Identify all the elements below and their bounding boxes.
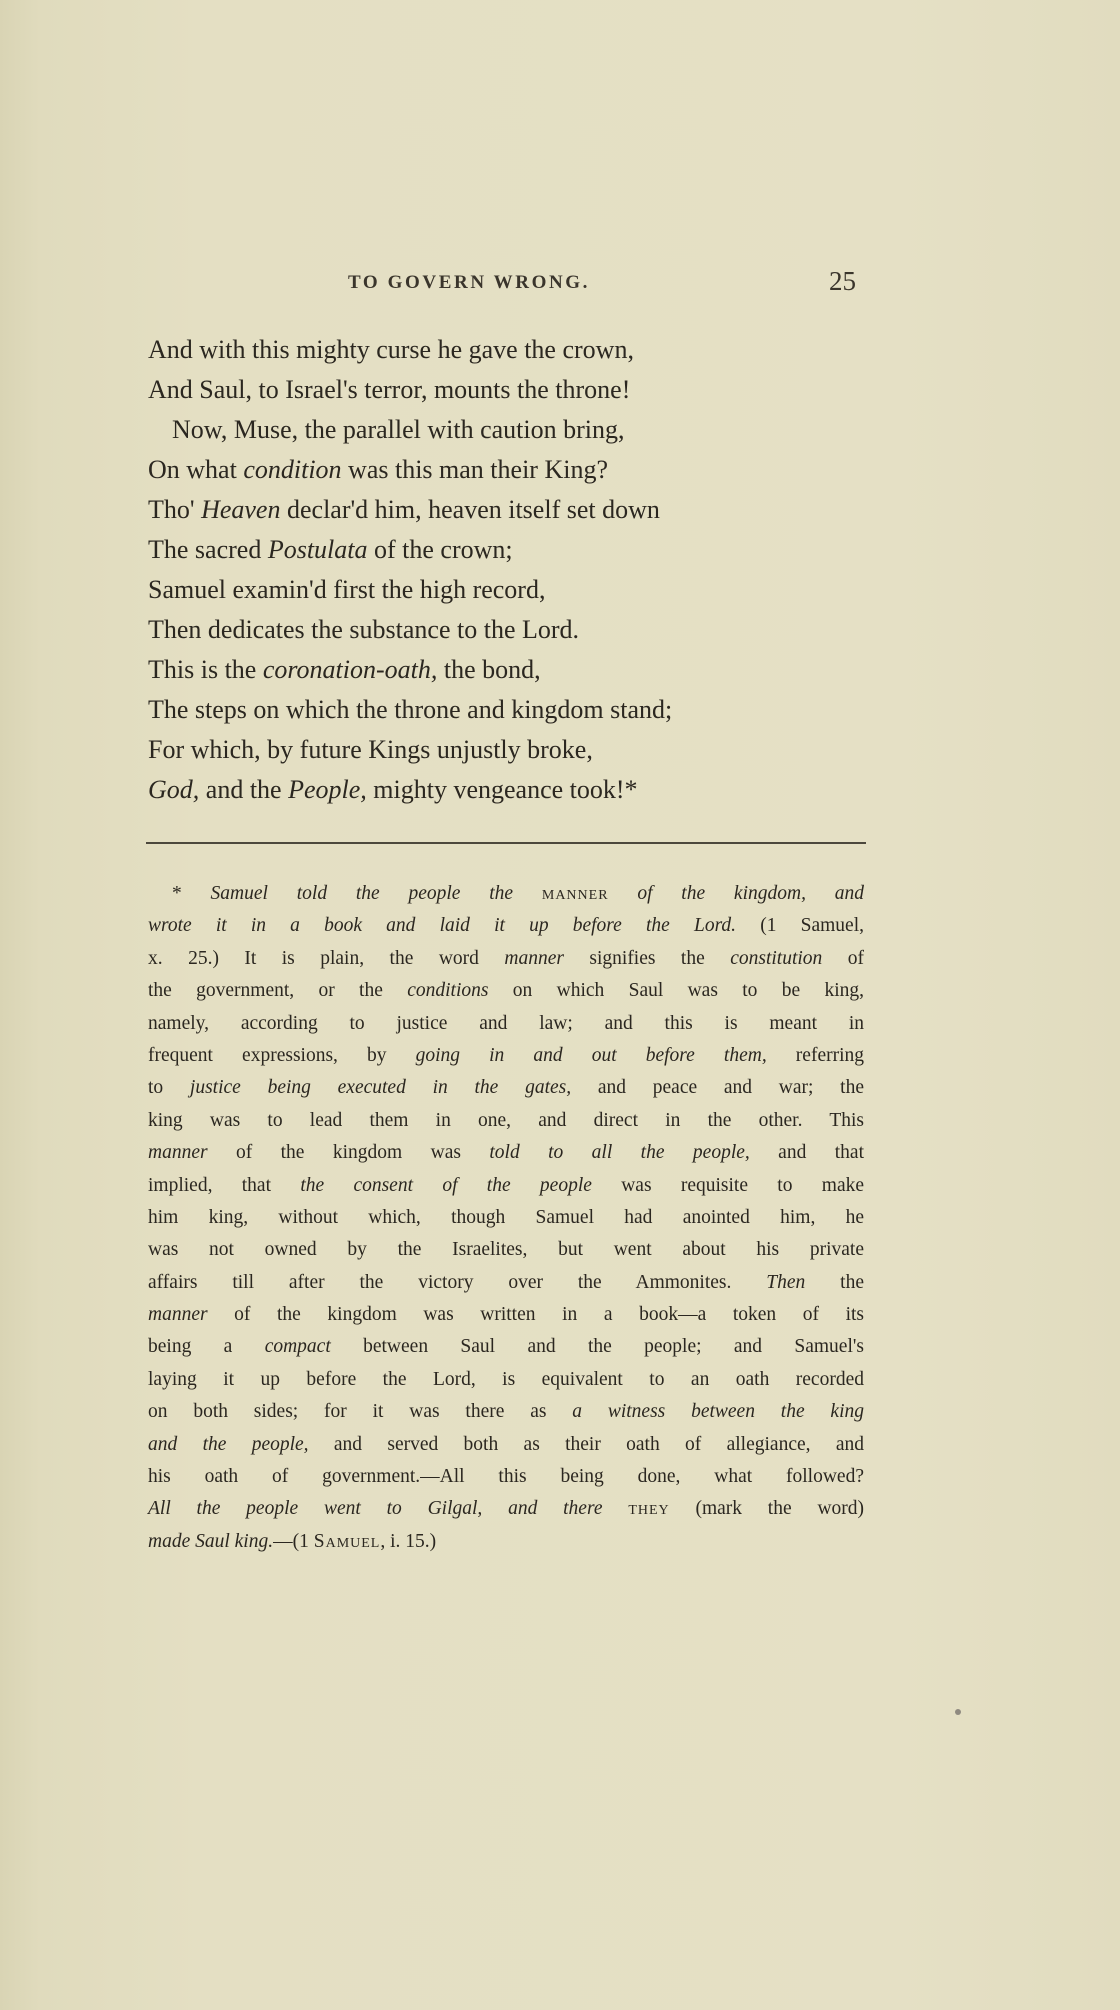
verse-line: Samuel examin'd first the high record, bbox=[148, 570, 868, 610]
footnote-line: him king, without which, though Samuel h… bbox=[148, 1202, 864, 1234]
footnote-line: namely, according to justice and law; an… bbox=[148, 1008, 864, 1040]
footnote-line: and the people, and served both as their… bbox=[148, 1429, 864, 1461]
verse-block: And with this mighty curse he gave the c… bbox=[148, 330, 868, 810]
verse-line: God, and the People, mighty vengeance to… bbox=[148, 770, 868, 810]
verse-line: And with this mighty curse he gave the c… bbox=[148, 330, 868, 370]
footnote-line: x. 25.) It is plain, the word manner sig… bbox=[148, 943, 864, 975]
footnote-line: All the people went to Gilgal, and there… bbox=[148, 1493, 864, 1525]
footnote-line: manner of the kingdom was written in a b… bbox=[148, 1299, 864, 1331]
footnote-line: his oath of government.—All this being d… bbox=[148, 1461, 864, 1493]
footnote-line: * Samuel told the people the manner of t… bbox=[148, 878, 864, 910]
footnote-line: on both sides; for it was there as a wit… bbox=[148, 1396, 864, 1428]
verse-line: On what condition was this man their Kin… bbox=[148, 450, 868, 490]
page-number: 25 bbox=[829, 266, 856, 297]
footnote-line: the government, or the conditions on whi… bbox=[148, 975, 864, 1007]
footnote-line: wrote it in a book and laid it up before… bbox=[148, 910, 864, 942]
footnote-line: frequent expressions, by going in and ou… bbox=[148, 1040, 864, 1072]
footnote-line: being a compact between Saul and the peo… bbox=[148, 1331, 864, 1363]
footnote-line: made Saul king.—(1 Samuel, i. 15.) bbox=[148, 1526, 864, 1558]
footnote-line: was not owned by the Israelites, but wen… bbox=[148, 1234, 864, 1266]
footnote-line: king was to lead them in one, and direct… bbox=[148, 1105, 864, 1137]
verse-line: Tho' Heaven declar'd him, heaven itself … bbox=[148, 490, 868, 530]
footnote-line: manner of the kingdom was told to all th… bbox=[148, 1137, 864, 1169]
running-title: TO GOVERN WRONG. bbox=[348, 272, 590, 294]
footnote-line: to justice being executed in the gates, … bbox=[148, 1072, 864, 1104]
verse-line: The sacred Postulata of the crown; bbox=[148, 530, 868, 570]
footnote-block: * Samuel told the people the manner of t… bbox=[148, 878, 864, 1558]
verse-line: The steps on which the throne and kingdo… bbox=[148, 690, 868, 730]
verse-line: For which, by future Kings unjustly brok… bbox=[148, 730, 868, 770]
verse-line: Now, Muse, the parallel with caution bri… bbox=[148, 410, 868, 450]
verse-line: Then dedicates the substance to the Lord… bbox=[148, 610, 868, 650]
verse-line: This is the coronation-oath, the bond, bbox=[148, 650, 868, 690]
footnote-rule bbox=[146, 842, 866, 844]
book-page: TO GOVERN WRONG. 25 And with this mighty… bbox=[0, 0, 1120, 2010]
paper-speck bbox=[955, 1709, 961, 1715]
running-head: TO GOVERN WRONG. 25 bbox=[148, 272, 860, 302]
footnote-line: laying it up before the Lord, is equival… bbox=[148, 1364, 864, 1396]
footnote-line: affairs till after the victory over the … bbox=[148, 1267, 864, 1299]
footnote-line: implied, that the consent of the people … bbox=[148, 1170, 864, 1202]
verse-line: And Saul, to Israel's terror, mounts the… bbox=[148, 370, 868, 410]
